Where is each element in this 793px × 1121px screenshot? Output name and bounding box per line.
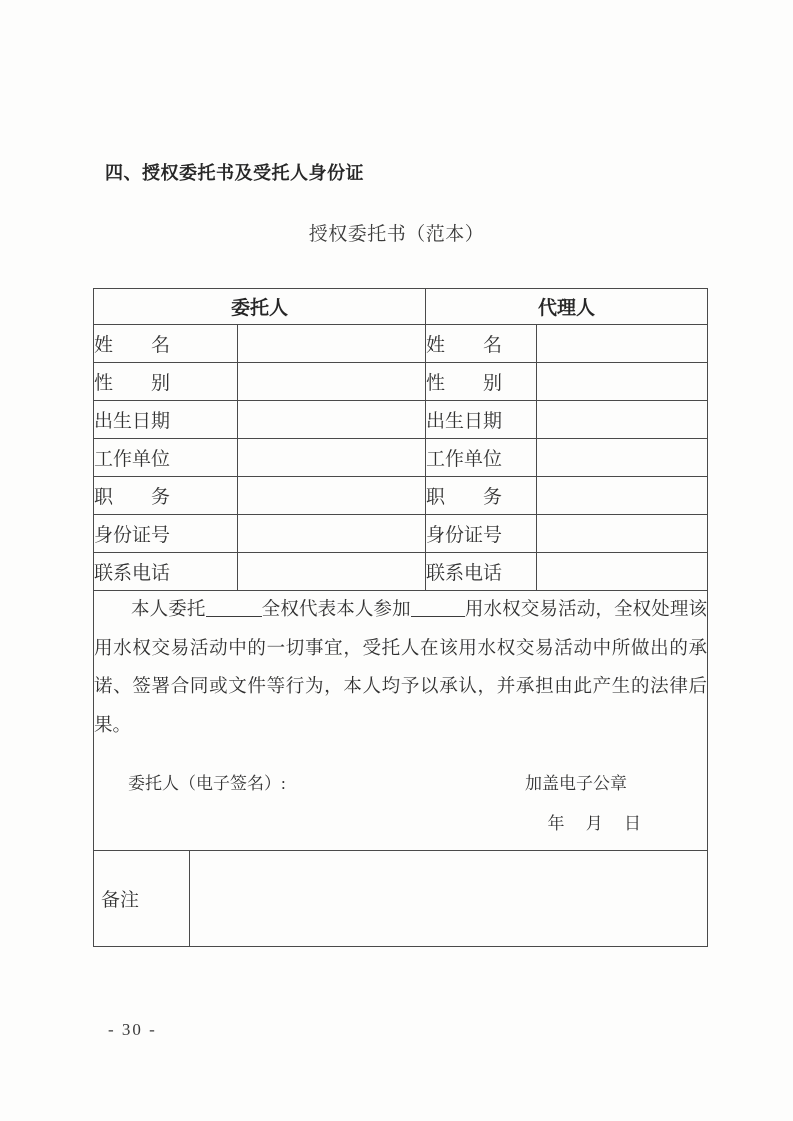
principal-fill-blank (206, 599, 262, 617)
principal-position-value-cell (238, 477, 426, 515)
table-header-row: 委托人 代理人 (94, 289, 708, 325)
date-line: 年 月 日 (94, 809, 707, 834)
field-label-agent-gender: 性 别 (426, 363, 537, 401)
table-row-birthdate: 出生日期 出生日期 (94, 401, 708, 439)
table-row-idnumber: 身份证号 身份证号 (94, 515, 708, 553)
field-label-agent-position: 职 务 (426, 477, 537, 515)
principal-workunit-value-cell (238, 439, 426, 477)
field-label-agent-phone: 联系电话 (426, 553, 537, 591)
authorization-text-2: 全权代表本人参加 (262, 600, 411, 620)
authorization-statement-row: 本人委托全权代表本人参加用水权交易活动，全权处理该用水权交易活动中的一切事宜，受… (94, 591, 708, 851)
signature-label: 委托人（电子签名）: (128, 769, 286, 794)
field-label-agent-idnumber: 身份证号 (426, 515, 537, 553)
activity-fill-blank (411, 599, 465, 617)
field-label-agent-name: 姓 名 (426, 325, 537, 363)
field-label-agent-workunit: 工作单位 (426, 439, 537, 477)
principal-birthdate-value-cell (238, 401, 426, 439)
agent-name-value-cell (537, 325, 708, 363)
principal-name-value-cell (238, 325, 426, 363)
remark-label: 备注 (94, 851, 190, 946)
field-label-agent-birthdate: 出生日期 (426, 401, 537, 439)
authorization-paragraph: 本人委托全权代表本人参加用水权交易活动，全权处理该用水权交易活动中的一切事宜，受… (94, 591, 707, 745)
document-title: 授权委托书（范本） (0, 219, 793, 246)
remark-cell: 备注 (94, 851, 708, 947)
page-number: - 30 - (108, 1020, 157, 1040)
document-page: 四、授权委托书及受托人身份证 授权委托书（范本） 委托人 代理人 姓 名 姓 名… (0, 0, 793, 1121)
agent-workunit-value-cell (537, 439, 708, 477)
table-row-gender: 性 别 性 别 (94, 363, 708, 401)
agent-gender-value-cell (537, 363, 708, 401)
agent-position-value-cell (537, 477, 708, 515)
principal-gender-value-cell (238, 363, 426, 401)
field-label-principal-idnumber: 身份证号 (94, 515, 238, 553)
principal-idnumber-value-cell (238, 515, 426, 553)
field-label-principal-name: 姓 名 (94, 325, 238, 363)
table-row-name: 姓 名 姓 名 (94, 325, 708, 363)
remark-value-cell (190, 851, 707, 946)
field-label-principal-phone: 联系电话 (94, 553, 238, 591)
authorization-text-1: 本人委托 (131, 600, 206, 620)
remark-row: 备注 (94, 851, 708, 947)
agent-birthdate-value-cell (537, 401, 708, 439)
authorization-table: 委托人 代理人 姓 名 姓 名 性 别 性 别 出生日期 出生日期 (93, 288, 708, 947)
agent-phone-value-cell (537, 553, 708, 591)
agent-idnumber-value-cell (537, 515, 708, 553)
authorization-statement-cell: 本人委托全权代表本人参加用水权交易活动，全权处理该用水权交易活动中的一切事宜，受… (94, 591, 708, 851)
field-label-principal-gender: 性 别 (94, 363, 238, 401)
seal-label: 加盖电子公章 (525, 769, 627, 794)
table-row-phone: 联系电话 联系电话 (94, 553, 708, 591)
principal-phone-value-cell (238, 553, 426, 591)
principal-header-cell: 委托人 (94, 289, 426, 325)
table-row-workunit: 工作单位 工作单位 (94, 439, 708, 477)
agent-header-cell: 代理人 (426, 289, 708, 325)
field-label-principal-workunit: 工作单位 (94, 439, 238, 477)
field-label-principal-position: 职 务 (94, 477, 238, 515)
section-heading: 四、授权委托书及受托人身份证 (105, 159, 364, 185)
signature-row: 委托人（电子签名）: 加盖电子公章 (94, 769, 707, 794)
table-row-position: 职 务 职 务 (94, 477, 708, 515)
authorization-text-3: 用水权交易活动，全权处理该用水权交易活动中的一切事宜，受托人在该用水权交易活动中… (94, 600, 707, 736)
field-label-principal-birthdate: 出生日期 (94, 401, 238, 439)
